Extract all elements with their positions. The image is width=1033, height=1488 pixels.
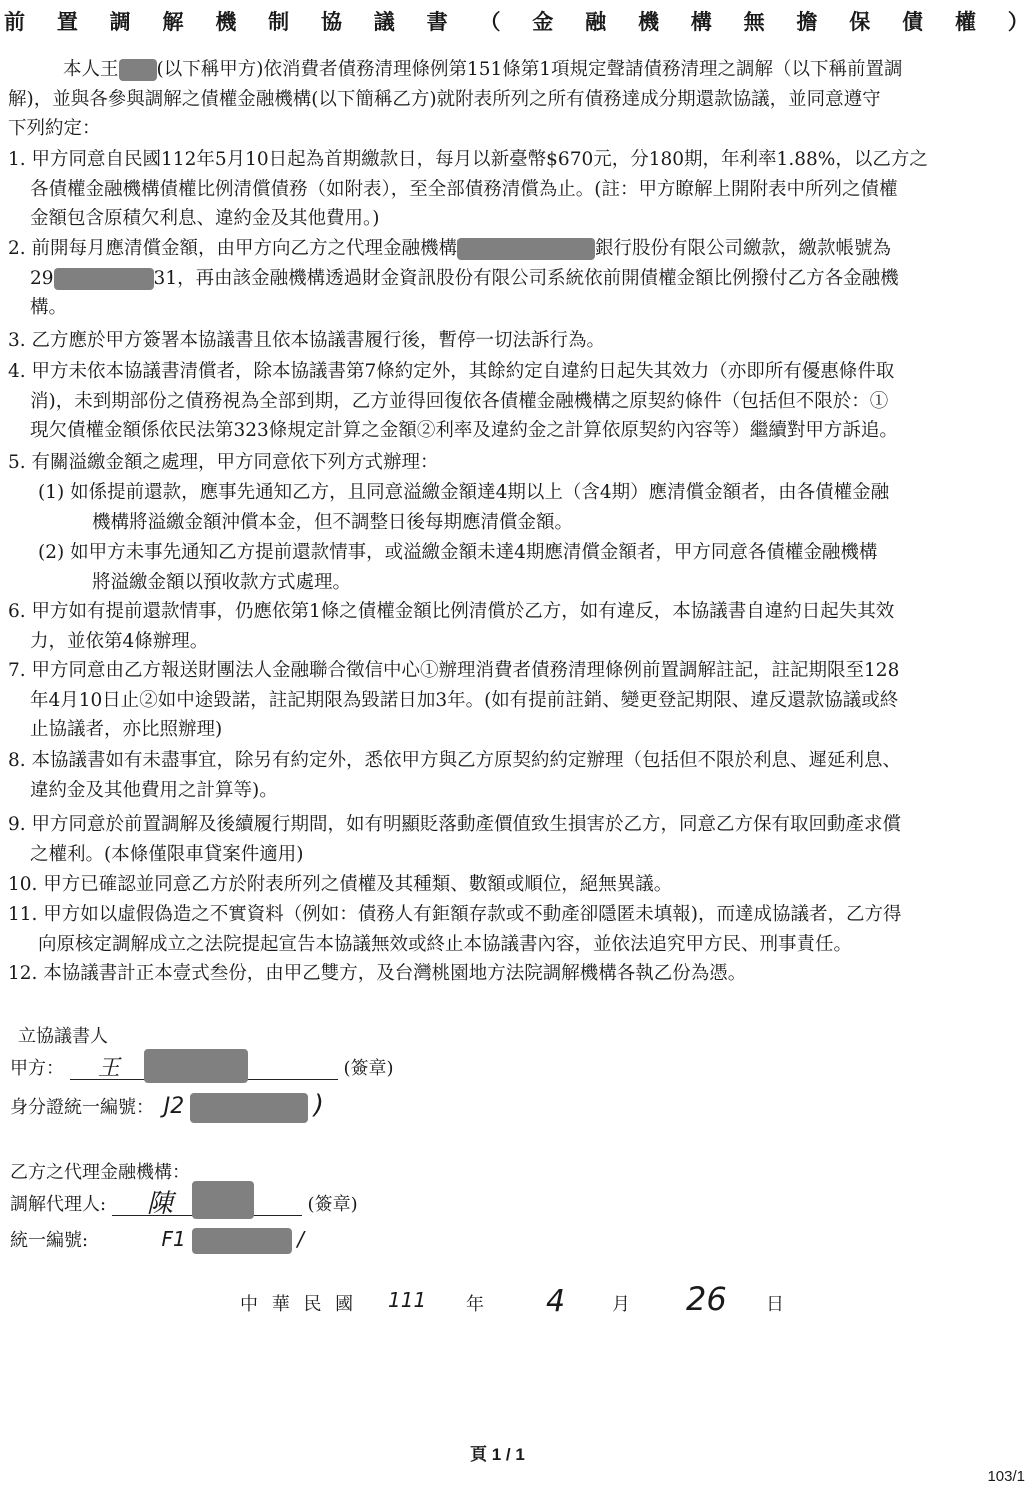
- uniform-number-prefix: F1: [162, 1227, 186, 1251]
- document-title: 前置調解機制協議書（金融機構無擔保債權）: [4, 6, 1029, 36]
- date-month-unit: 月: [612, 1290, 630, 1316]
- mediator-signature-line[interactable]: 陳: [112, 1191, 302, 1216]
- clause-8: 8. 本協議書如有未盡事宜，除另有約定外，悉依甲方與乙方原契約約定辦理（包括但不…: [8, 746, 901, 805]
- clause-5-sub-line: (1) 如係提前還款，應事先通知乙方，且同意溢繳金額達4期以上（含4期）應清償金…: [38, 478, 889, 508]
- intro-text-start: 本人王: [63, 59, 119, 80]
- clause-6-line: 力，並依第4條辦理。: [8, 627, 894, 657]
- clause-5-sub-line: 將溢繳金額以預收款方式處理。: [38, 568, 877, 598]
- clause-1: 1. 甲方同意自民國112年5月10日起為首期繳款日，每月以新臺幣$670元，分…: [8, 145, 928, 234]
- clause-1-line: 金額包含原積欠利息、違約金及其他費用。): [8, 204, 928, 234]
- intro-line-2: 解)，並與各參與調解之債權金融機構(以下簡稱乙方)就附表所列之所有債務達成分期還…: [8, 85, 903, 115]
- clause-4-line: 現欠債權金額係依民法第323條規定計算之金額②利率及違約金之計算依原契約內容等）…: [8, 416, 898, 446]
- clause-5-sub-2: (2) 如甲方未事先通知乙方提前還款情事，或溢繳金額未達4期應清償金額者，甲方同…: [38, 538, 877, 597]
- redacted-mediator-name: [192, 1181, 254, 1219]
- clause-8-line: 8. 本協議書如有未盡事宜，除另有約定外，悉依甲方與乙方原契約約定辦理（包括但不…: [8, 746, 901, 776]
- clause-4-line: 消)，未到期部份之債務視為全部到期，乙方並得回復依各債權金融機構之原契約條件（包…: [8, 387, 898, 417]
- date-day: 26: [686, 1280, 727, 1318]
- sign-stamp-label: (簽章): [308, 1194, 358, 1215]
- redacted-uniform-number: [192, 1228, 292, 1254]
- title-char: 書: [427, 6, 448, 36]
- title-char: 金: [532, 6, 553, 36]
- title-char: 機: [215, 6, 236, 36]
- clause-7-line: 年4月10日止②如中途毀諾，註記期限為毀諾日加3年。(如有提前註銷、變更登記期限…: [8, 686, 899, 716]
- mediator-label: 調解代理人:: [10, 1194, 106, 1215]
- clause-2: 2. 前開每月應清償金額，由甲方向乙方之代理金融機構銀行股份有限公司繳款，繳款帳…: [8, 234, 899, 323]
- clause-12: 12. 本協議書計正本壹式叁份，由甲乙雙方，及台灣桃園地方法院調解機構各執乙份為…: [8, 959, 746, 989]
- uniform-number-row: 統一編號: F1 /: [10, 1226, 304, 1254]
- clause-9-line: 9. 甲方同意於前置調解及後續履行期間，如有明顯貶落動產價值致生損害於乙方，同意…: [8, 810, 901, 840]
- document-code: 103/1: [987, 1468, 1025, 1485]
- title-char: 無: [744, 6, 765, 36]
- id-number-suffix: ): [314, 1090, 324, 1120]
- clause-2-text: 31，再由該金融機構透過財金資訊股份有限公司系統依前開債權金額比例撥付乙方各金融…: [154, 268, 899, 289]
- agent-bank-label: 乙方之代理金融機構：: [10, 1158, 190, 1184]
- date-month: 4: [546, 1284, 565, 1319]
- title-char: 解: [162, 6, 183, 36]
- intro-line-3: 下列約定：: [8, 114, 903, 144]
- title-char: ）: [1008, 6, 1029, 36]
- signatories-heading: 立協議書人: [18, 1022, 108, 1048]
- date-day-unit: 日: [766, 1290, 784, 1316]
- redacted-id-number: [190, 1093, 308, 1123]
- party-a-row: 甲方： 王 (簽章): [10, 1054, 394, 1080]
- uniform-number-label: 統一編號:: [10, 1230, 88, 1251]
- clause-2-text: 銀行股份有限公司繳款，繳款帳號為: [595, 238, 891, 259]
- clause-5-sub-line: 機構將溢繳金額沖償本金，但不調整日後每期應清償金額。: [38, 508, 889, 538]
- title-char: 協: [321, 6, 342, 36]
- account-prefix: 29: [30, 268, 54, 289]
- clause-5-sub-1: (1) 如係提前還款，應事先通知乙方，且同意溢繳金額達4期以上（含4期）應清償金…: [38, 478, 889, 537]
- intro-text-continued: (以下稱甲方)依消費者債務清理條例第151條第1項規定聲請債務清理之調解（以下稱…: [157, 59, 903, 80]
- sign-stamp-label: (簽章): [343, 1058, 393, 1079]
- clause-2-text: 2. 前開每月應清償金額，由甲方向乙方之代理金融機構: [8, 238, 457, 259]
- title-char: 調: [110, 6, 131, 36]
- title-char: 擔: [796, 6, 817, 36]
- clause-8-line: 違約金及其他費用之計算等)。: [8, 776, 901, 806]
- redacted-name: [119, 59, 157, 81]
- date-year-unit: 年: [466, 1290, 484, 1316]
- mediator-handwritten-surname: 陳: [147, 1183, 173, 1220]
- page-number: 頁 1 / 1: [470, 1440, 525, 1465]
- mediator-row: 調解代理人: 陳 (簽章): [10, 1190, 358, 1216]
- clause-4-line: 4. 甲方未依本協議書清償者，除本協議書第7條約定外，其餘約定自違約日起失其效力…: [8, 357, 898, 387]
- clause-5-sub-line: (2) 如甲方未事先通知乙方提前還款情事，或溢繳金額未達4期應清償金額者，甲方同…: [38, 538, 877, 568]
- clause-11: 11. 甲方如以虛假偽造之不實資料（例如：債務人有鉅額存款或不動產卻隱匿未填報)…: [8, 900, 902, 959]
- clause-7-line: 止協議者，亦比照辦理): [8, 715, 899, 745]
- title-char: 債: [902, 6, 923, 36]
- date-year: 111: [388, 1288, 426, 1312]
- title-char: 機: [638, 6, 659, 36]
- title-char: 構: [691, 6, 712, 36]
- clause-7: 7. 甲方同意由乙方報送財團法人金融聯合徵信中心①辦理消費者債務清理條例前置調解…: [8, 656, 899, 745]
- clause-11-line: 向原核定調解成立之法院提起宣告本協議無效或終止本協議書內容，並依法追究甲方民、刑…: [8, 930, 902, 960]
- party-a-handwritten-surname: 王: [98, 1051, 120, 1082]
- clause-1-line: 1. 甲方同意自民國112年5月10日起為首期繳款日，每月以新臺幣$670元，分…: [8, 145, 928, 175]
- redacted-account-number: [54, 268, 154, 290]
- intro-paragraph: 本人王(以下稱甲方)依消費者債務清理條例第151條第1項規定聲請債務清理之調解（…: [8, 55, 903, 144]
- title-char: 置: [57, 6, 78, 36]
- clause-10-line: 10. 甲方已確認並同意乙方於附表所列之債權及其種類、數額或順位，絕無異議。: [8, 870, 672, 900]
- date-prefix: 中 華 民 國: [240, 1290, 357, 1316]
- clause-5: 5. 有關溢繳金額之處理，甲方同意依下列方式辦理：: [8, 448, 439, 478]
- title-char: 融: [585, 6, 606, 36]
- clause-9-line: 之權利。(本條僅限車貸案件適用): [8, 840, 901, 870]
- clause-6-line: 6. 甲方如有提前還款情事，仍應依第1條之債權金額比例清償於乙方，如有違反，本協…: [8, 597, 894, 627]
- title-char: 保: [849, 6, 870, 36]
- id-number-label: 身分證統一編號：: [10, 1097, 154, 1118]
- title-char: 議: [374, 6, 395, 36]
- id-number-prefix: J2: [164, 1094, 185, 1119]
- clause-7-line: 7. 甲方同意由乙方報送財團法人金融聯合徵信中心①辦理消費者債務清理條例前置調解…: [8, 656, 899, 686]
- redacted-bank-name: [457, 238, 595, 260]
- title-char: （: [479, 6, 500, 36]
- clause-4: 4. 甲方未依本協議書清償者，除本協議書第7條約定外，其餘約定自違約日起失其效力…: [8, 357, 898, 446]
- title-char: 權: [955, 6, 976, 36]
- clause-11-line: 11. 甲方如以虛假偽造之不實資料（例如：債務人有鉅額存款或不動產卻隱匿未填報)…: [8, 900, 902, 930]
- clause-10: 10. 甲方已確認並同意乙方於附表所列之債權及其種類、數額或順位，絕無異議。: [8, 870, 672, 900]
- uniform-number-suffix: /: [297, 1227, 304, 1251]
- id-number-row: 身分證統一編號： J2 ): [10, 1090, 324, 1123]
- clause-5-line: 5. 有關溢繳金額之處理，甲方同意依下列方式辦理：: [8, 448, 439, 478]
- clause-1-line: 各債權金融機構債權比例清償債務（如附表），至全部債務清償為止。(註：甲方瞭解上開…: [8, 175, 928, 205]
- clause-12-line: 12. 本協議書計正本壹式叁份，由甲乙雙方，及台灣桃園地方法院調解機構各執乙份為…: [8, 959, 746, 989]
- clause-9: 9. 甲方同意於前置調解及後續履行期間，如有明顯貶落動產價值致生損害於乙方，同意…: [8, 810, 901, 869]
- clause-3-line: 3. 乙方應於甲方簽署本協議書且依本協議書履行後，暫停一切法訴行為。: [8, 326, 605, 356]
- redacted-party-a-name: [144, 1049, 248, 1083]
- clause-3: 3. 乙方應於甲方簽署本協議書且依本協議書履行後，暫停一切法訴行為。: [8, 326, 605, 356]
- clause-6: 6. 甲方如有提前還款情事，仍應依第1條之債權金額比例清償於乙方，如有違反，本協…: [8, 597, 894, 656]
- party-a-signature-line[interactable]: 王: [70, 1055, 338, 1080]
- title-char: 前: [4, 6, 25, 36]
- title-char: 制: [268, 6, 289, 36]
- clause-2-text: 構。: [8, 293, 899, 323]
- party-a-label: 甲方：: [10, 1058, 64, 1079]
